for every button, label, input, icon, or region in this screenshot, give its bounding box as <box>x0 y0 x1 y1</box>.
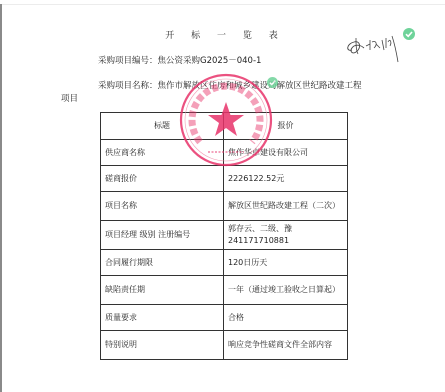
row-value: 一年（通过竣工验收之日算起） <box>224 276 348 305</box>
signature-icon <box>344 22 404 64</box>
project-name-line: 采购项目名称：焦作市解放区住房和城乡建设局解放区世纪路改建工程 <box>98 79 362 91</box>
row-value: 郭存云、二级、豫241171710881 <box>224 221 348 250</box>
document-title: 开 标 一 览 表 <box>150 28 300 41</box>
table-row: 供应商名称 焦作华卓建设有限公司 <box>101 140 348 166</box>
header-cell-title: 标题 <box>101 113 224 140</box>
table-row: 磋商报价 2226122.52元 <box>101 166 348 192</box>
row-label: 质量要求 <box>101 305 224 331</box>
procurement-number-value: 焦公资采购G2025－040-1 <box>158 56 262 66</box>
verified-check-icon <box>403 28 415 40</box>
table-row: 项目名称 解放区世纪路改建工程（二次） <box>101 192 348 221</box>
row-value: 响应竞争性磋商文件全部内容 <box>224 331 348 360</box>
table-row: 项目经理 级别 注册编号 郭存云、二级、豫241171710881 <box>101 221 348 250</box>
page-top-border <box>0 4 445 5</box>
row-value: 合格 <box>224 305 348 331</box>
page-left-border <box>0 4 2 392</box>
row-value: 焦作华卓建设有限公司 <box>224 140 348 166</box>
row-label: 缺陷责任期 <box>101 276 224 305</box>
row-label: 磋商报价 <box>101 166 224 192</box>
row-value: 解放区世纪路改建工程（二次） <box>224 192 348 221</box>
table-row: 特别说明 响应竞争性磋商文件全部内容 <box>101 331 348 360</box>
table-row: 缺陷责任期 一年（通过竣工验收之日算起） <box>101 276 348 305</box>
project-name-value: 焦作市解放区住房和城乡建设局解放区世纪路改建工程 <box>158 81 362 91</box>
header-cell-price: 报价 <box>224 113 348 140</box>
procurement-number-line: 采购项目编号：焦公资采购G2025－040-1 <box>98 54 261 66</box>
row-label: 供应商名称 <box>101 140 224 166</box>
row-value: 2226122.52元 <box>224 166 348 192</box>
bid-summary-table: 标题 报价 供应商名称 焦作华卓建设有限公司 磋商报价 2226122.52元 … <box>100 112 348 360</box>
table-row: 合同履行期限 120日历天 <box>101 250 348 276</box>
procurement-number-label: 采购项目编号： <box>98 56 158 66</box>
row-label: 合同履行期限 <box>101 250 224 276</box>
row-label: 特别说明 <box>101 331 224 360</box>
row-label: 项目经理 级别 注册编号 <box>101 221 224 250</box>
row-label: 项目名称 <box>101 192 224 221</box>
project-name-label: 采购项目名称： <box>98 81 158 91</box>
table-row: 质量要求 合格 <box>101 305 348 331</box>
project-name-continuation: 项目 <box>61 92 78 104</box>
verified-check-icon-inline <box>267 77 278 88</box>
row-value: 120日历天 <box>224 250 348 276</box>
table-header-row: 标题 报价 <box>101 113 348 140</box>
